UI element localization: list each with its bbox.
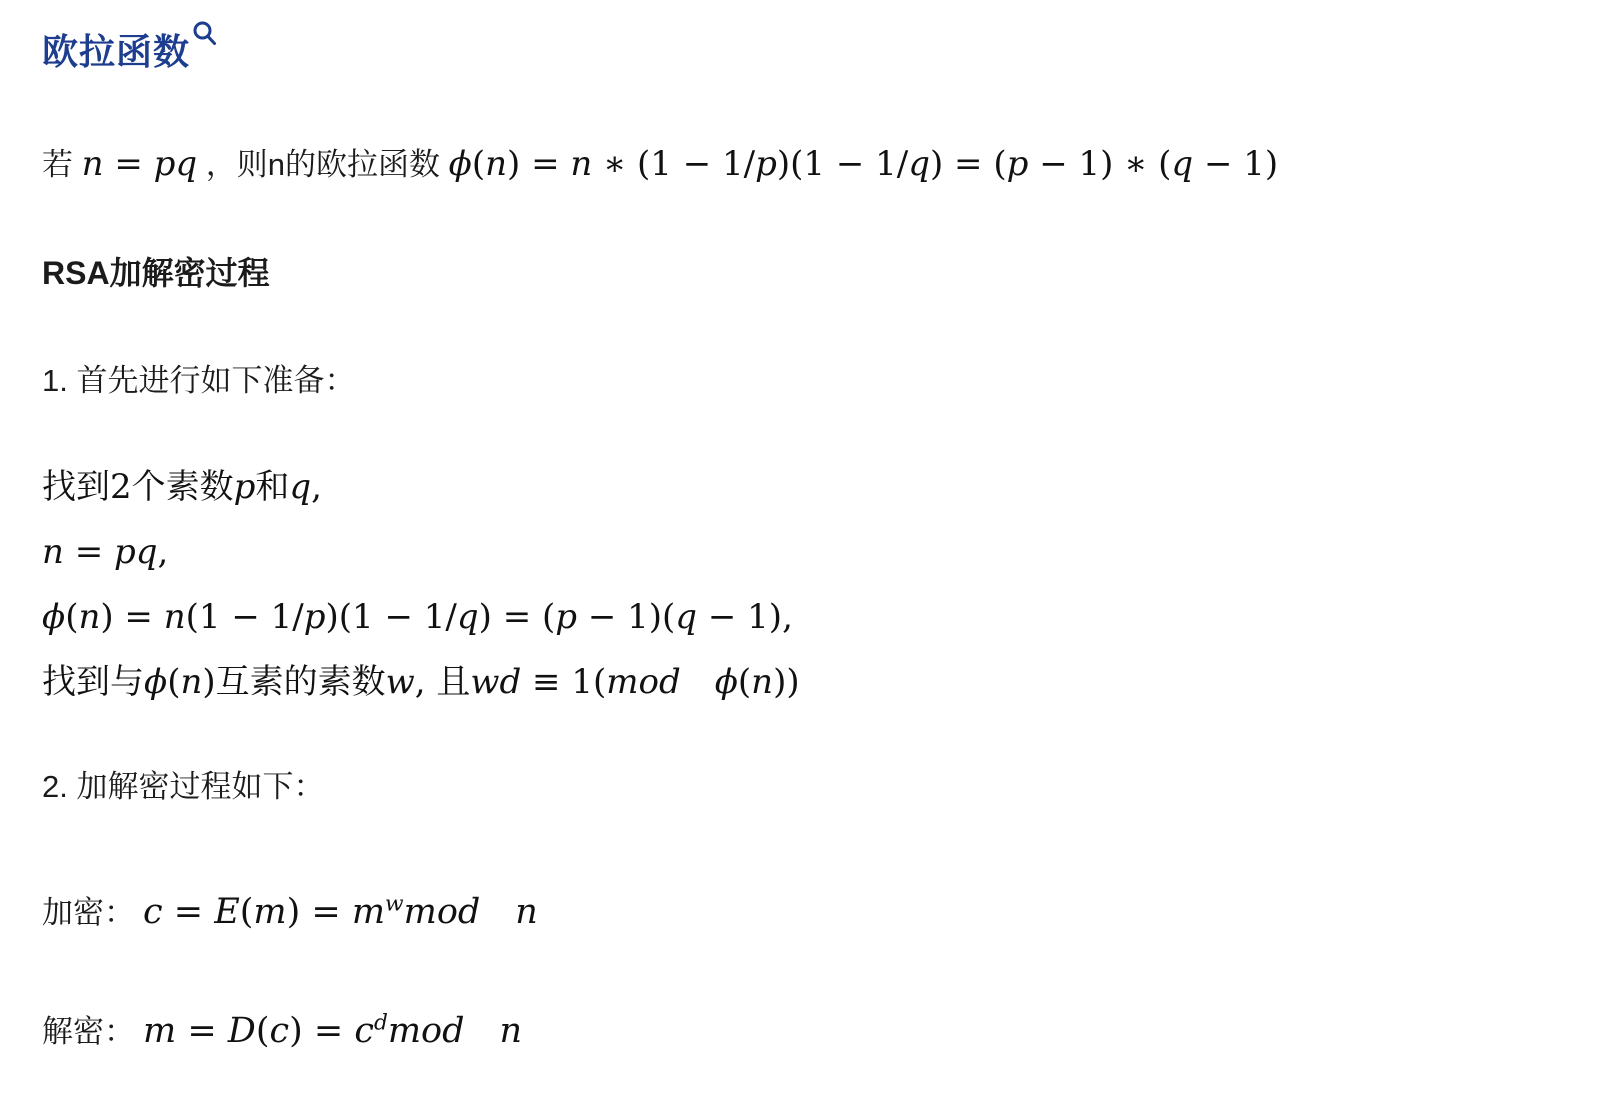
math-line: n = pq, <box>42 520 1569 585</box>
encrypt-label: 加密： <box>42 878 135 948</box>
math-line: 找到2个素数p和q, <box>42 455 1569 520</box>
decrypt-label: 解密： <box>42 997 135 1067</box>
inline-math: n = pq <box>82 144 198 184</box>
encrypt-formula: c = E(m) = mwmod n <box>143 892 538 932</box>
section-heading-text: 欧拉函数 <box>42 31 190 72</box>
intro-paragraph: 若 n = pq ，则n的欧拉函数 ϕ(n) = n ∗ (1 − 1/p)(1… <box>42 136 1569 193</box>
decrypt-line: 解密：m = D(c) = cdmod n <box>42 996 1569 1067</box>
inline-text: ，则n的欧拉函数 <box>197 147 448 182</box>
math-line: 找到与ϕ(n)互素的素数w, 且wd ≡ 1(mod ϕ(n)) <box>42 650 1569 715</box>
preparation-math-block: 找到2个素数p和q,n = pq,ϕ(n) = n(1 − 1/p)(1 − 1… <box>42 455 1569 715</box>
step2-paragraph: 2. 加解密过程如下： <box>42 765 1569 809</box>
section-heading: 欧拉函数 <box>42 20 1569 74</box>
math-line: ϕ(n) = n(1 − 1/p)(1 − 1/q) = (p − 1)(q −… <box>42 585 1569 650</box>
search-icon[interactable] <box>190 31 218 72</box>
step1-paragraph: 1. 首先进行如下准备： <box>42 359 1569 403</box>
inline-math: ϕ(n) = n ∗ (1 − 1/p)(1 − 1/q) = (p − 1) … <box>449 144 1279 184</box>
decrypt-formula: m = D(c) = cdmod n <box>143 1011 522 1051</box>
inline-text: 若 <box>42 147 82 182</box>
encrypt-line: 加密：c = E(m) = mwmod n <box>42 877 1569 948</box>
rsa-section-heading: RSA加解密过程 <box>42 253 1569 293</box>
article-content: 欧拉函数 若 n = pq ，则n的欧拉函数 ϕ(n) = n ∗ (1 − 1… <box>0 0 1611 1097</box>
